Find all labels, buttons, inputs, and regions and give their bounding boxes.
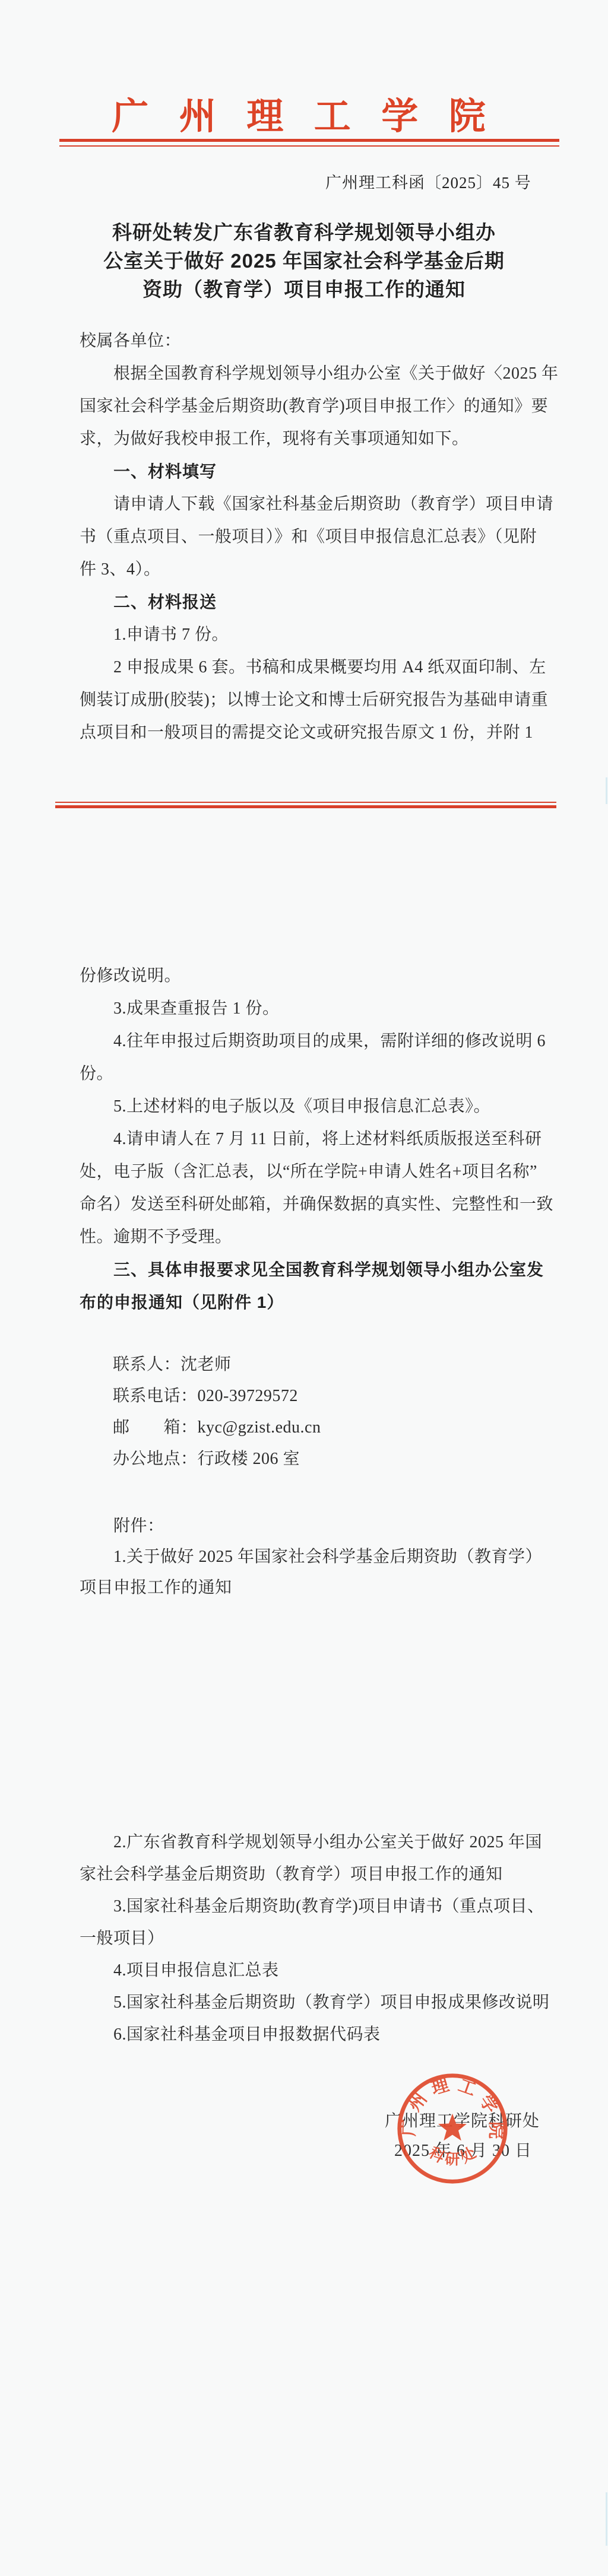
page-footer-rule-thick bbox=[55, 805, 556, 808]
attachment-item: 2.广东省教育科学规划领导小组办公室关于做好 2025 年国 bbox=[80, 1827, 550, 1859]
body-line: 侧装订成册(胶装)；以博士论文和博士后研究报告为基础申请重 bbox=[80, 684, 550, 716]
letterhead-rule-thin bbox=[59, 145, 559, 147]
school-name-title: 广 州 理 工 学 院 bbox=[0, 87, 608, 139]
section-heading-1: 一、材料填写 bbox=[80, 455, 550, 488]
attachment-item: 5.国家社科基金后期资助（教育学）项目申报成果修改说明 bbox=[80, 1987, 550, 2019]
attachments-header: 附件： 1.关于做好 2025 年国家社会科学基金后期资助（教育学） 项目申报工… bbox=[80, 1511, 550, 1603]
body-line: 国家社会科学基金后期资助(教育学)项目申报工作〉的通知》要 bbox=[80, 390, 550, 423]
section-heading-3-cont: 布的申报通知（见附件 1） bbox=[80, 1286, 550, 1319]
body-line: 5.上述材料的电子版以及《项目申报信息汇总表》。 bbox=[80, 1090, 550, 1123]
contact-person: 联系人：沈老师 bbox=[113, 1349, 552, 1380]
attachment-item: 4.项目申报信息汇总表 bbox=[80, 1955, 550, 1987]
contact-block: 联系人：沈老师 联系电话：020-39729572 邮 箱：kyc@gzist.… bbox=[113, 1349, 552, 1475]
section-heading-3: 三、具体申报要求见全国教育科学规划领导小组办公室发 bbox=[80, 1253, 550, 1286]
body-line: 3.成果查重报告 1 份。 bbox=[80, 992, 550, 1025]
attachment-item-cont: 一般项目） bbox=[80, 1923, 550, 1955]
body-line: 4.往年申报过后期资助项目的成果，需附详细的修改说明 6 bbox=[80, 1025, 550, 1057]
body-line: 书（重点项目、一般项目）》和《项目申报信息汇总表》（见附 bbox=[80, 520, 550, 553]
attachment-item: 3.国家社科基金后期资助(教育学)项目申请书（重点项目、 bbox=[80, 1891, 550, 1923]
body-line: 命名）发送至科研处邮箱，并确保数据的真实性、完整性和一致 bbox=[80, 1188, 550, 1221]
attachment-item: 1.关于做好 2025 年国家社会科学基金后期资助（教育学） bbox=[80, 1542, 550, 1573]
contact-office: 办公地点：行政楼 206 室 bbox=[113, 1443, 552, 1475]
document-number: 广州理工科函〔2025〕45 号 bbox=[325, 170, 531, 193]
document-title-line: 公室关于做好 2025 年国家社会科学基金后期 bbox=[0, 247, 608, 275]
body-line: 份修改说明。 bbox=[80, 960, 550, 992]
body-line: 处，电子版（含汇总表，以“所在学院+申请人姓名+项目名称” bbox=[80, 1155, 550, 1188]
scanned-official-document: 广 州 理 工 学 院 广州理工科函〔2025〕45 号 科研处转发广东省教育科… bbox=[0, 0, 608, 2576]
seal-arc-text-bottom: 科研处 bbox=[426, 2144, 479, 2168]
letterhead-rule-thick bbox=[59, 139, 559, 142]
body-line: 份。 bbox=[80, 1057, 550, 1090]
body-line: 2 申报成果 6 套。书稿和成果概要均用 A4 纸双面印制、左 bbox=[80, 651, 550, 684]
body-line: 点项目和一般项目的需提交论文或研究报告原文 1 份，并附 1 bbox=[80, 716, 550, 749]
attachment-item-cont: 项目申报工作的通知 bbox=[80, 1573, 550, 1603]
scan-artifact bbox=[606, 2492, 607, 2546]
body-line: 请申请人下载《国家社科基金后期资助（教育学）项目申请 bbox=[80, 488, 550, 520]
body-page2: 份修改说明。 3.成果查重报告 1 份。 4.往年申报过后期资助项目的成果，需附… bbox=[80, 960, 550, 1319]
section-heading-2: 二、材料报送 bbox=[80, 586, 550, 618]
official-seal: 广州理工学院 科研处 bbox=[395, 2071, 510, 2186]
attachments-label: 附件： bbox=[80, 1511, 550, 1542]
body-page1: 校属各单位： 根据全国教育科学规划领导小组办公室《关于做好〈2025 年 国家社… bbox=[80, 325, 550, 749]
body-line: 件 3、4）。 bbox=[80, 553, 550, 586]
attachments-list: 2.广东省教育科学规划领导小组办公室关于做好 2025 年国 家社会科学基金后期… bbox=[80, 1827, 550, 2051]
body-line: 性。逾期不予受理。 bbox=[80, 1221, 550, 1253]
body-line: 根据全国教育科学规划领导小组办公室《关于做好〈2025 年 bbox=[80, 357, 550, 390]
body-line: 1.申请书 7 份。 bbox=[80, 618, 550, 651]
scan-artifact bbox=[606, 777, 607, 804]
contact-email: 邮 箱：kyc@gzist.edu.cn bbox=[113, 1412, 552, 1443]
document-title: 科研处转发广东省教育科学规划领导小组办 公室关于做好 2025 年国家社会科学基… bbox=[0, 218, 608, 304]
attachment-item-cont: 家社会科学基金后期资助（教育学）项目申报工作的通知 bbox=[80, 1859, 550, 1891]
document-title-line: 资助（教育学）项目申报工作的通知 bbox=[0, 275, 608, 304]
seal-star-icon bbox=[438, 2114, 467, 2141]
attachment-item: 6.国家社科基金项目申报数据代码表 bbox=[80, 2019, 550, 2051]
page-footer-rule-thin bbox=[55, 802, 556, 803]
contact-phone: 联系电话：020-39729572 bbox=[113, 1380, 552, 1412]
document-title-line: 科研处转发广东省教育科学规划领导小组办 bbox=[0, 218, 608, 247]
body-line: 4.请申请人在 7 月 11 日前，将上述材料纸质版报送至科研 bbox=[80, 1123, 550, 1155]
body-line: 求，为做好我校申报工作，现将有关事项通知如下。 bbox=[80, 423, 550, 455]
salutation: 校属各单位： bbox=[80, 325, 550, 357]
